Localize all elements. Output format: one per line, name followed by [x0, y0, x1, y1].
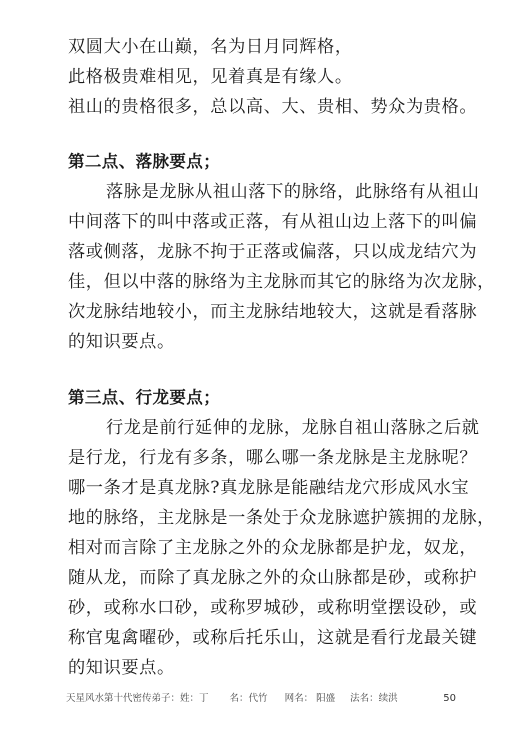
poem-line: 双圆大小在山巅，名为日月同辉格，: [68, 32, 460, 62]
paragraph-line: 称官鬼禽曜砂，或称后托乐山，这就是看行龙最关键: [68, 623, 460, 653]
paragraph-line: 的知识要点。: [68, 327, 460, 357]
section-heading-3: 第三点、行龙要点；: [68, 383, 460, 413]
paragraph-line: 次龙脉结地较小，而主龙脉结地较大，这就是看落脉: [68, 297, 460, 327]
paragraph-line: 中间落下的叫中落或正落，有从祖山边上落下的叫偏: [68, 207, 460, 237]
paragraph-line: 行龙是前行延伸的龙脉，龙脉自祖山落脉之后就: [106, 413, 460, 443]
poem-line: 此格极贵难相见，见着真是有缘人。: [68, 62, 460, 92]
footer-given-name: 名：代竹: [230, 690, 268, 708]
document-page: 双圆大小在山巅，名为日月同辉格， 此格极贵难相见，见着真是有缘人。 祖山的贵格很…: [0, 0, 518, 741]
footer-net-name: 网名： 阳盛: [285, 690, 336, 708]
footer-dharma-name: 法名：续洪: [350, 690, 398, 708]
paragraph-line: 地的脉络，主龙脉是一条处于众龙脉遮护簇拥的龙脉，: [68, 503, 460, 533]
section-heading-2: 第二点、落脉要点；: [68, 147, 460, 177]
paragraph-line: 的知识要点。: [68, 653, 460, 683]
paragraph-line: 砂，或称水口砂，或称罗城砂，或称明堂摆设砂，或: [68, 593, 460, 623]
paragraph-line: 佳，但以中落的脉络为主龙脉而其它的脉络为次龙脉，: [68, 267, 460, 297]
page-number: 50: [443, 690, 456, 708]
paragraph-line: 落或侧落，龙脉不拘于正落或偏落，只以成龙结穴为: [68, 237, 460, 267]
paragraph-line: 哪一条才是真龙脉?真龙脉是能融结龙穴形成风水宝: [68, 473, 460, 503]
paragraph-line: 随从龙，而除了真龙脉之外的众山脉都是砂，或称护: [68, 563, 460, 593]
paragraph-line: 相对而言除了主龙脉之外的众龙脉都是护龙，奴龙，: [68, 533, 460, 563]
paragraph-line: 落脉是龙脉从祖山落下的脉络，此脉络有从祖山: [106, 177, 460, 207]
footer-disciple: 天星风水第十代密传弟子：姓：丁: [66, 690, 209, 708]
poem-line: 祖山的贵格很多，总以高、大、贵相、势众为贵格。: [68, 92, 460, 122]
paragraph-line: 是行龙，行龙有多条，哪么哪一条龙脉是主龙脉呢？: [68, 443, 460, 473]
page-footer: 天星风水第十代密传弟子：姓：丁 名：代竹 网名： 阳盛 法名：续洪 50: [66, 690, 460, 708]
